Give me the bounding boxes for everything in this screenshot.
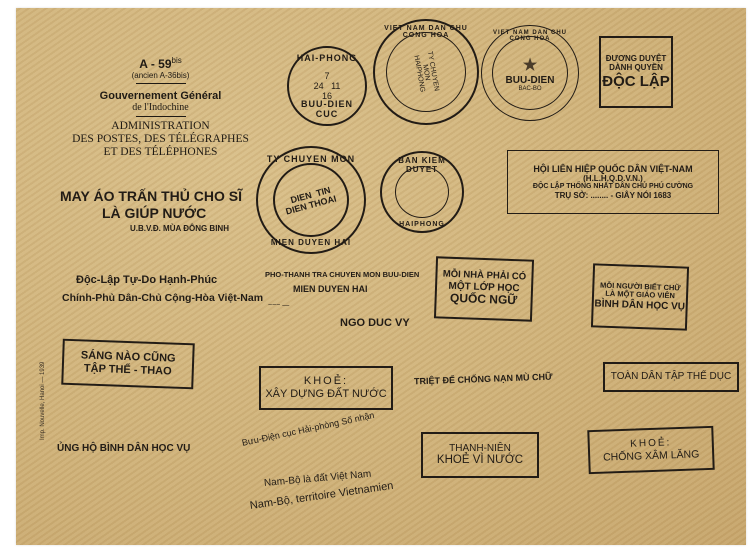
moi-nguoi-stamp: MỖI NGƯỜI BIẾT CHỮ LÀ MỘT GIÁO VIÊN BÌNH… [591, 263, 689, 330]
seal-inner-ring [492, 36, 568, 110]
doc-lap-motto: Độc-Lập Tự-Do Hạnh-Phúc [76, 274, 217, 286]
khoe-chong-xam-lang-stamp: KHOẺ: CHỐNG XÂM LĂNG [587, 426, 714, 474]
admin-line: DES POSTES, DES TÉLÉGRAPHES [48, 133, 273, 146]
stamp-line: KHOẺ VÌ NƯỚC [423, 454, 537, 467]
indochine-subtitle: de l'Indochine [68, 102, 253, 113]
seal-ring-bottom: HAIPHONG [399, 221, 445, 228]
hoi-lien-hiep-stamp: HỘI LIÊN HIỆP QUỐC DÂN VIỆT-NAM (H.L.H.Q… [507, 150, 719, 214]
stamp-line: ĐỘC LẬP [601, 73, 671, 90]
signature-scrawl: ~~~ — [268, 302, 289, 309]
ngo-duc-vy-name: NGO DUC VY [340, 317, 410, 329]
ung-ho-slogan: ỦNG HỘ BÌNH DÂN HỌC VỤ [57, 443, 190, 454]
vietnam-seal: VIET NAM DAN CHU CONG HOA TY CHUYEN MON … [373, 19, 479, 125]
seal-ring-text: VIET NAM DAN CHU CONG HOA [482, 30, 578, 42]
admin-line: ADMINISTRATION [68, 120, 253, 133]
side-imprint: Imp. Nouvelle, Hanoi — 1939 [40, 362, 46, 440]
may-ao-slogan-2: LÀ GIÚP NƯỚC [102, 205, 206, 221]
postmark-ring-bottom: BUU-DIEN CUC [289, 99, 365, 119]
toan-dan-stamp: TOÀN DÂN TẬP THỂ DỤC [603, 362, 739, 392]
may-ao-slogan: MAY ÁO TRẤN THỦ CHO SĨ [60, 188, 242, 204]
may-ao-signature: U.B.V.Đ. MÙA ĐÔNG BINH [130, 224, 229, 233]
mien-duyen-hai-line: MIEN DUYEN HAI [293, 284, 368, 294]
stamp-line: KHOẺ: [261, 375, 391, 388]
divider [136, 116, 186, 117]
stamp-line: TRỤ SỞ: ........ - GIÂY NÓI 1683 [508, 191, 718, 200]
duong-duyet-stamp: ĐƯƠNG DUYỆT DÀNH QUYỀN ĐỘC LẬP [599, 36, 673, 108]
pho-thanh-tra-line: PHO-THANH TRA CHUYEN MON BUU-DIEN [265, 270, 419, 279]
stamp-line: THANH-NIÊN [423, 443, 537, 455]
chinh-phu-line: Chính-Phủ Dân-Chủ Cộng-Hòa Việt-Nam [62, 292, 263, 304]
haiphong-postmark: HAI-PHONG 7 24 11 16 BUU-DIEN CUC [287, 46, 367, 126]
seal-ring-top: BAN KIEM DUYET [382, 156, 462, 174]
stamp-line: QUỐC NGỮ [436, 292, 530, 309]
seal-ring-bottom: MIEN DUYEN HAI [271, 238, 351, 247]
stamp-line: DÀNH QUYỀN [601, 63, 671, 72]
form-code: A - 59bis [68, 56, 253, 71]
envelope-header: A - 59bis (ancien A-36bis) Gouvernement … [68, 56, 253, 159]
stamp-line: ĐỘC LẬP THỐNG NHẤT DÂN CHỦ PHÚ CƯỜNG [508, 183, 718, 191]
postmark-line: 7 [324, 71, 329, 81]
admin-line: ET DES TÉLÉPHONES [68, 146, 253, 159]
form-ancien: (ancien A-36bis) [68, 71, 253, 80]
government-title: Gouvernement Général [68, 90, 253, 102]
postmark-line: 24 11 [314, 81, 341, 91]
stamp-line: TOÀN DÂN TẬP THỂ DỤC [605, 371, 737, 383]
stamp-line: ĐƯƠNG DUYỆT [601, 54, 671, 63]
stamp-line: (H.L.H.Q.D.V.N.) [508, 174, 718, 183]
thanh-nien-stamp: THANH-NIÊN KHOẺ VÌ NƯỚC [421, 432, 539, 478]
buu-dien-seal: VIET NAM DAN CHU CONG HOA ★ BUU-DIEN BAC… [481, 25, 579, 121]
stamp-line: HỘI LIÊN HIỆP QUỐC DÂN VIỆT-NAM [508, 164, 718, 174]
seal-ring-top: TY CHUYEN MON [267, 154, 355, 164]
stamp-line: BÌNH DÂN HỌC VỤ [594, 298, 686, 313]
divider [136, 83, 186, 84]
ban-kiem-duyet-stamp: BAN KIEM DUYET HAIPHONG [380, 151, 464, 233]
seal-ring-text: VIET NAM DAN CHU CONG HOA [375, 25, 477, 39]
khoe-xay-dung-stamp: KHOẺ: XÂY DỰNG ĐẤT NƯỚC [259, 366, 393, 410]
stamp-line: XÂY DỰNG ĐẤT NƯỚC [261, 388, 391, 401]
moi-nha-stamp: MỖI NHÀ PHẢI CÓ MỘT LỚP HỌC QUỐC NGỮ [434, 256, 534, 321]
ty-chuyen-mon-stamp: TY CHUYEN MON DIEN TIN DIEN THOAI MIEN D… [256, 146, 366, 254]
postmark-ring-top: HAI-PHONG [297, 53, 358, 63]
sang-nao-stamp: SÁNG NÀO CŨNG TẬP THỂ - THAO [61, 339, 195, 390]
